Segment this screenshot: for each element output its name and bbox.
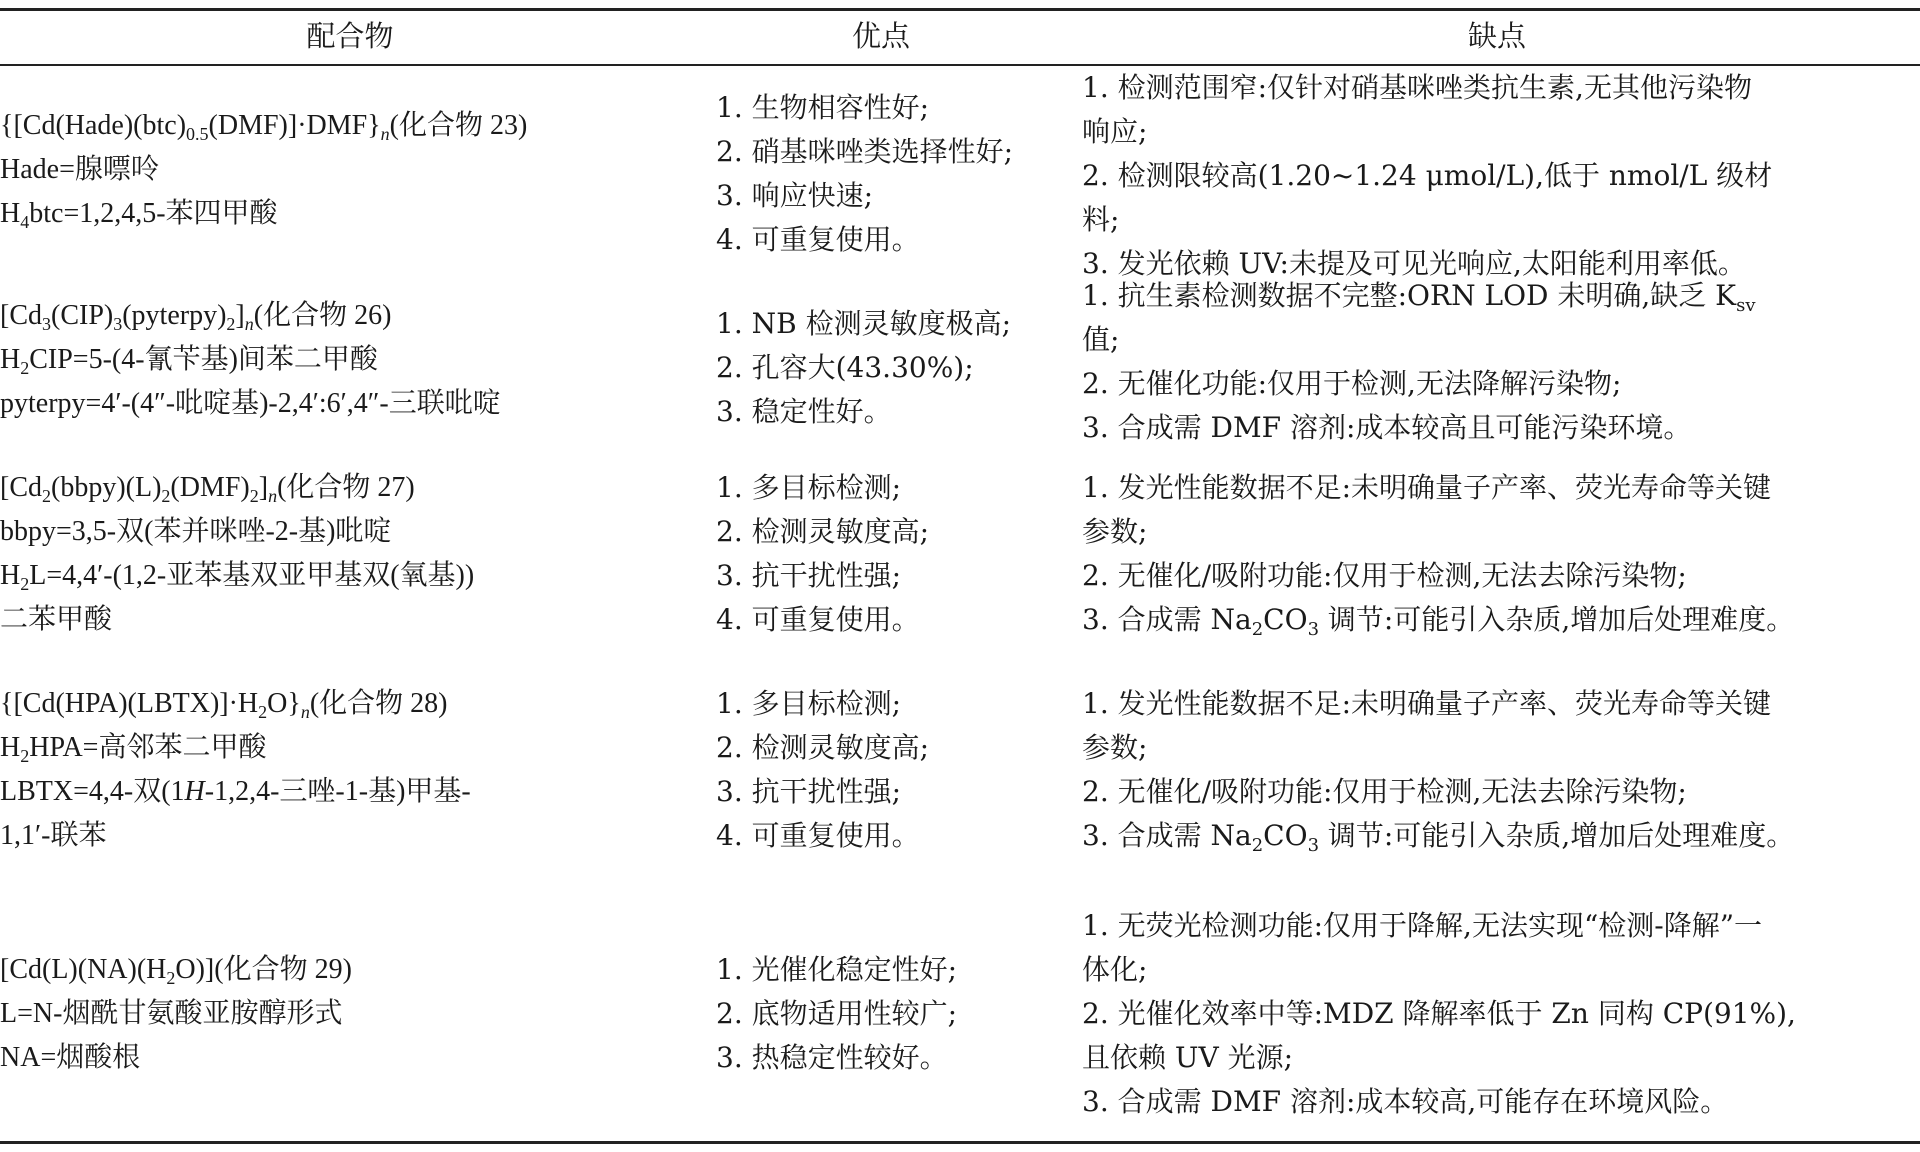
table-row-5-disadvantages: 1. 无荧光检测功能:仅用于降解,无法实现“检测-降解”一 体化; 2. 光催化… [1082, 904, 1796, 1124]
ligand-definition: LBTX=4,4-双(1H-1,2,4-三唑-1-基)甲基- [0, 770, 471, 814]
table-row-3-compound: [Cd2(bbpy)(L)2(DMF)2]n(化合物 27) bbpy=3,5-… [0, 466, 474, 642]
ligand-definition: L=N-烟酰甘氨酸亚胺醇形式 [0, 992, 352, 1036]
ligand-definition: H2L=4,4′-(1,2-亚苯基双亚甲基双(氧基)) [0, 554, 474, 598]
header-disadvantages: 缺点 [1082, 18, 1912, 54]
ligand-definition: H4btc=1,2,4,5-苯四甲酸 [0, 192, 527, 236]
header-compound: 配合物 [0, 18, 700, 54]
compound-formula: [Cd(L)(NA)(H2O)](化合物 29) [0, 948, 352, 992]
table-row-2-compound: [Cd3(CIP)3(pyterpy)2]n(化合物 26) H2CIP=5-(… [0, 294, 501, 426]
ligand-definition: NA=烟酸根 [0, 1036, 352, 1080]
table-row-5-compound: [Cd(L)(NA)(H2O)](化合物 29) L=N-烟酰甘氨酸亚胺醇形式 … [0, 948, 352, 1080]
table-top-rule [0, 8, 1920, 11]
compound-formula: [Cd3(CIP)3(pyterpy)2]n(化合物 26) [0, 294, 501, 338]
compound-formula: {[Cd(Hade)(btc)0.5(DMF)]·DMF}n(化合物 23) [0, 104, 527, 148]
table-row-4-disadvantages: 1. 发光性能数据不足:未明确量子产率、荧光寿命等关键 参数; 2. 无催化/吸… [1082, 682, 1794, 858]
table-row-1-disadvantages: 1. 检测范围窄:仅针对硝基咪唑类抗生素,无其他污染物 响应; 2. 检测限较高… [1082, 66, 1772, 286]
table-row-1-advantages: 1. 生物相容性好; 2. 硝基咪唑类选择性好; 3. 响应快速; 4. 可重复… [716, 86, 1013, 262]
table-row-3-advantages: 1. 多目标检测; 2. 检测灵敏度高; 3. 抗干扰性强; 4. 可重复使用。 [716, 466, 929, 642]
ligand-definition: H2CIP=5-(4-氰苄基)间苯二甲酸 [0, 338, 501, 382]
table-row-4-compound: {[Cd(HPA)(LBTX)]·H2O}n(化合物 28) H2HPA=高邻苯… [0, 682, 471, 858]
table-row-4-advantages: 1. 多目标检测; 2. 检测灵敏度高; 3. 抗干扰性强; 4. 可重复使用。 [716, 682, 929, 858]
table-row-3-disadvantages: 1. 发光性能数据不足:未明确量子产率、荧光寿命等关键 参数; 2. 无催化/吸… [1082, 466, 1794, 642]
ligand-definition: pyterpy=4′-(4″-吡啶基)-2,4′:6′,4″-三联吡啶 [0, 382, 501, 426]
table-row-5-advantages: 1. 光催化稳定性好; 2. 底物适用性较广; 3. 热稳定性较好。 [716, 948, 957, 1080]
table-row-2-advantages: 1. NB 检测灵敏度极高; 2. 孔容大(43.30%); 3. 稳定性好。 [716, 302, 1011, 434]
table-row-2-disadvantages: 1. 抗生素检测数据不完整:ORN LOD 未明确,缺乏 Ksv 值; 2. 无… [1082, 274, 1756, 450]
table-row-1-compound: {[Cd(Hade)(btc)0.5(DMF)]·DMF}n(化合物 23) H… [0, 104, 527, 236]
ligand-definition: 二苯甲酸 [0, 598, 474, 642]
compound-formula: {[Cd(HPA)(LBTX)]·H2O}n(化合物 28) [0, 682, 471, 726]
table-bottom-rule [0, 1141, 1920, 1144]
compound-formula: [Cd2(bbpy)(L)2(DMF)2]n(化合物 27) [0, 466, 474, 510]
ligand-definition: Hade=腺嘌呤 [0, 148, 527, 192]
ligand-definition: 1,1′-联苯 [0, 814, 471, 858]
ligand-definition: bbpy=3,5-双(苯并咪唑-2-基)吡啶 [0, 510, 474, 554]
header-advantages: 优点 [716, 18, 1046, 54]
ligand-definition: H2HPA=高邻苯二甲酸 [0, 726, 471, 770]
